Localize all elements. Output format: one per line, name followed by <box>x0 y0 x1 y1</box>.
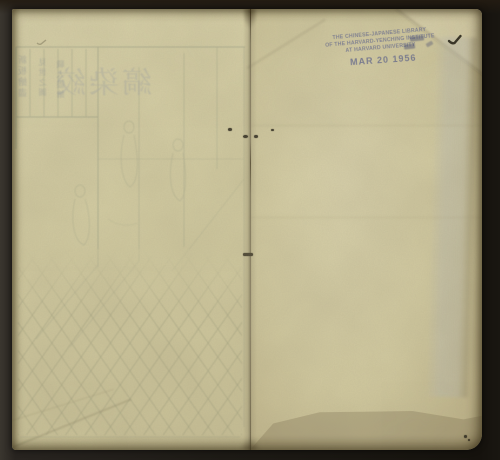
check-mark-icon <box>447 31 463 46</box>
showthrough-column-text: 職人盡繪 <box>55 60 66 100</box>
lattice-fade <box>18 249 242 435</box>
gutter-ink-smudge <box>242 9 258 29</box>
wormhole-speck <box>271 129 274 131</box>
date-stamp: MAR 20 1956 <box>350 53 415 67</box>
left-page: 縞染絞 新板繪盡 見世之圖 職人盡繪 <box>12 9 250 450</box>
wormhole-speck <box>228 128 232 131</box>
wormhole-speck <box>464 435 467 438</box>
gutter-crease-line <box>250 9 251 450</box>
wormhole-speck <box>254 135 258 138</box>
scanner-background: 縞染絞 新板繪盡 見世之圖 職人盡繪 THE CH <box>0 0 500 460</box>
showthrough-figures <box>73 121 186 245</box>
wormhole-dash <box>243 253 253 256</box>
lattice-pattern <box>18 249 242 435</box>
pencil-check-icon <box>36 37 48 47</box>
gutter-ink-smudge <box>240 439 260 450</box>
showthrough-column-text: 新板繪盡 <box>17 55 30 99</box>
book-spread: 縞染絞 新板繪盡 見世之圖 職人盡繪 THE CH <box>12 9 482 450</box>
showthrough-title: 縞染絞 <box>53 66 152 101</box>
right-page: THE CHINESE-JAPANESE LIBRARY OF THE HARV… <box>250 9 482 450</box>
library-stamp: THE CHINESE-JAPANESE LIBRARY OF THE HARV… <box>323 26 436 57</box>
showthrough-column-text: 見世之圖 <box>37 58 48 98</box>
horizontal-crease <box>250 125 482 126</box>
fold-crease <box>247 19 326 69</box>
wormhole-speck <box>243 135 248 138</box>
horizontal-crease <box>250 217 482 218</box>
wormhole-speck <box>468 439 470 441</box>
bottom-fold-shadow <box>250 391 482 450</box>
